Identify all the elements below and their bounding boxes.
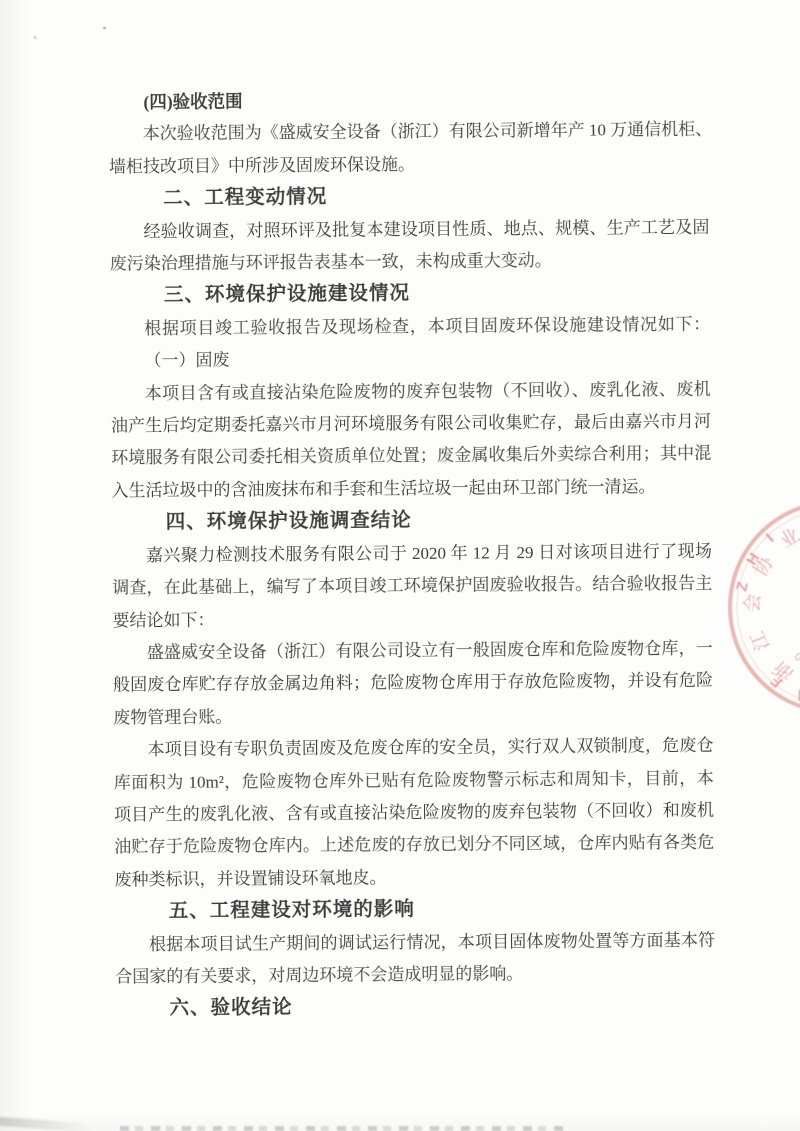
text-line: 项目产生的废乳化液、含有或直接沾染危险废物的废弃包装物（不回收）和废机 [114,795,714,832]
para-warehouse: 盛盛威安全设备（浙江）有限公司设立有一般固废仓库和危险废物仓库，一般固废仓库贮存… [113,633,714,735]
seal-digits-text: 3 3 0 [788,640,800,683]
para-management: 本项目设有专职负责固废及危废仓库的安全员，实行双人双锁制度，危废仓库面积为 10… [113,730,714,897]
seal-cjk-text: 浙 江 会 协 业 工 安 [705,477,800,704]
text-line: 要结论如下： [112,600,712,637]
official-seal: Z H I S A F 浙 江 会 协 业 工 安 3 3 0 [705,477,800,737]
document-body: (四)验收范围本次验收范围为《盛威安全设备（浙江）有限公司新增年产 10 万通信… [108,82,715,1026]
seal-inner-ring [715,487,800,727]
text-line: 入生活垃圾中的含油废抹布和手套和生活垃圾一起由环卫部门统一清运。 [111,471,711,508]
scanned-document-page: (四)验收范围本次验收范围为《盛威安全设备（浙江）有限公司新增年产 10 万通信… [0,0,800,1131]
para-impact: 根据本项目试生产期间的调试运行情况，本项目固体废物处置等方面基本符合国家的有关要… [115,924,715,994]
text-line: 墙柜技改项目》中所涉及固废环保设施。 [109,146,709,183]
seal-outer-ring [706,478,800,735]
seal-latin-bottom-text: S A F [760,653,800,726]
text-line: 本项目设有专职负责固废及危废仓库的安全员，实行双人双锁制度，危废仓 [113,730,713,767]
scan-speck [34,36,36,39]
text-line: （一）固废 [110,341,710,378]
page-edge-artifact [0,1117,94,1131]
text-line: 六、验收结论 [115,989,715,1026]
heading-3-construction: 三、环境保护设施建设情况 [110,276,710,313]
text-line: 油产生后均定期委托嘉兴市月河环境服务有限公司收集贮存，最后由嘉兴市月河 [111,406,711,443]
text-line: 五、工程建设对环境的影响 [115,892,715,929]
text-line: 环境服务有限公司委托相关资质单位处置；废金属收集后外卖综合利用；其中混 [111,438,711,475]
scope-subheading: (四)验收范围 [108,82,708,119]
text-line: 库面积为 10m²，危险废物仓库外已贴有危险废物警示标志和周知卡，目前，本 [114,762,714,799]
text-line: 根据项目竣工验收报告及现场检查，本项目固废环保设施建设情况如下： [110,308,710,345]
text-line: 盛盛威安全设备（浙江）有限公司设立有一般固废仓库和危险废物仓库，一 [113,633,713,670]
scan-speck [103,27,106,29]
text-line: 二、工程变动情况 [109,179,709,216]
heading-4-survey-conclusion: 四、环境保护设施调查结论 [112,503,712,540]
text-line: 本项目含有或直接沾染危险废物的废弃包装物（不回收）、废乳化液、废机 [111,373,711,410]
text-line: 本次验收范围为《盛威安全设备（浙江）有限公司新增年产 10 万通信机柜、 [109,114,709,151]
text-line: 般固废仓库贮存存放金属边角料；危险废物仓库用于存放危险废物，并设有危险 [113,665,713,702]
text-line: 废物管理台账。 [113,697,713,734]
heading-2-project-change: 二、工程变动情况 [109,179,709,216]
heading-5-impact: 五、工程建设对环境的影响 [115,892,715,929]
text-line: 油贮存于危险废物仓库内。上述危废的存放已划分不同区域，仓库内贴有各类危 [114,827,714,864]
scope-paragraph: 本次验收范围为《盛威安全设备（浙江）有限公司新增年产 10 万通信机柜、墙柜技改… [109,114,709,184]
para-survey: 嘉兴聚力检测技术服务有限公司于 2020 年 12 月 29 日对该项目进行了现… [112,535,713,637]
seal-latin-top-text: Z H I [720,524,794,597]
text-line: 四、环境保护设施调查结论 [112,503,712,540]
para-solid-waste-label: （一）固废 [110,341,710,378]
text-line: 合国家的有关要求，对周边环境不会造成明显的影响。 [115,957,715,994]
text-line: (四)验收范围 [108,82,708,119]
text-line: 三、环境保护设施建设情况 [110,276,710,313]
para-solid-waste-detail: 本项目含有或直接沾染危险废物的废弃包装物（不回收）、废乳化液、废机油产生后均定期… [111,373,712,507]
para-project-change: 经验收调查，对照环评及批复本建设项目性质、地点、规模、生产工艺及固废污染治理措施… [109,211,709,281]
text-line: 根据本项目试生产期间的调试运行情况，本项目固体废物处置等方面基本符 [115,924,715,961]
text-line: 嘉兴聚力检测技术服务有限公司于 2020 年 12 月 29 日对该项目进行了现… [112,535,712,572]
heading-6-acceptance-conclusion: 六、验收结论 [115,989,715,1026]
text-line: 经验收调查，对照环评及批复本建设项目性质、地点、规模、生产工艺及固 [109,211,709,248]
cut-off-text-artifact [120,1126,565,1131]
text-line: 废污染治理措施与环评报告表基本一致，未构成重大变动。 [110,244,710,281]
text-line: 调查，在此基础上，编写了本项目竣工环境保护固废验收报告。结合验收报告主 [112,568,712,605]
text-line: 废种类标识，并设置铺设环氧地皮。 [114,859,714,896]
para-inspection-basis: 根据项目竣工验收报告及现场检查，本项目固废环保设施建设情况如下： [110,308,710,345]
